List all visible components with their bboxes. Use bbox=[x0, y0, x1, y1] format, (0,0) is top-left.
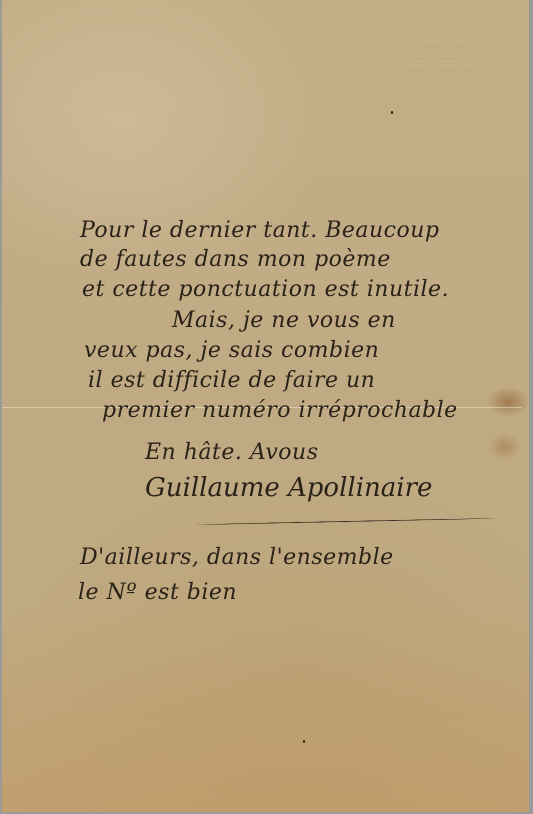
body-line-5: veux pas, je sais combien bbox=[84, 338, 379, 363]
letterhead-line: — — — — bbox=[373, 52, 503, 64]
body-line-3: et cette ponctuation est inutile. bbox=[82, 277, 449, 302]
body-line-2: de fautes dans mon poème bbox=[80, 247, 391, 272]
postscript-line-1: D'ailleurs, dans l'ensemble bbox=[80, 545, 394, 570]
postscript-line-2: le Nº est bien bbox=[78, 580, 237, 605]
letterhead-line: — — — — — — bbox=[373, 64, 503, 76]
letterhead: — — — — — — — — — — — — — — — bbox=[373, 40, 503, 76]
ink-speck bbox=[391, 111, 393, 114]
body-line-6: il est difficile de faire un bbox=[88, 368, 375, 393]
signature: Guillaume Apollinaire bbox=[145, 473, 432, 503]
closing: En hâte. Avous bbox=[145, 440, 318, 465]
letterhead-line: — — — — — bbox=[373, 40, 503, 52]
body-line-1: Pour le dernier tant. Beaucoup bbox=[80, 218, 439, 243]
ink-speck bbox=[303, 740, 305, 743]
body-line-4: Mais, je ne vous en bbox=[172, 308, 396, 333]
body-line-7: premier numéro irréprochable bbox=[102, 398, 458, 423]
